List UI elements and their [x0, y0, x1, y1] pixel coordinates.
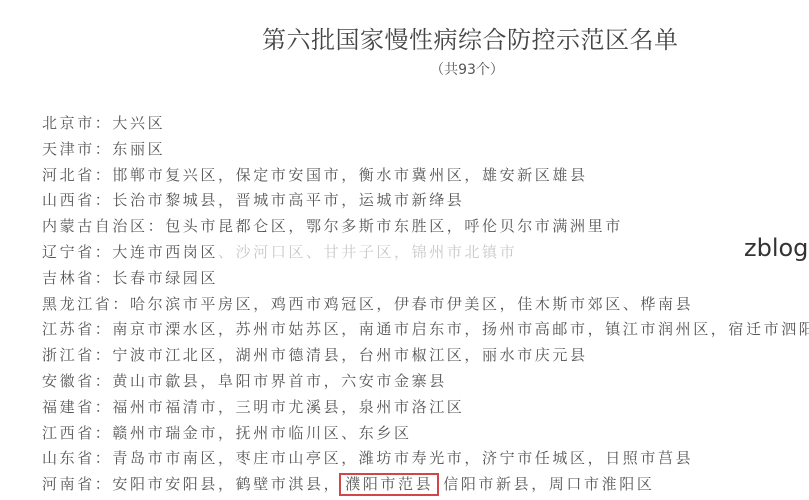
region-items: 南京市溧水区，苏州市姑苏区，南通市启东市，扬州市高邮市，镇江市润州区，宿迁市泗阳…	[112, 320, 809, 338]
region-items: 黄山市歙县，阜阳市界首市，六安市金寨县	[112, 372, 446, 390]
region-label: 山东省：	[42, 449, 112, 467]
list-item: 辽宁省：大连市西岗区、沙河口区、甘井子区，锦州市北镇市	[42, 240, 809, 266]
region-label: 福建省：	[42, 398, 112, 416]
region-items: 长治市黎城县，晋城市高平市，运城市新绛县	[112, 191, 464, 209]
highlighted-item: 濮阳市范县	[339, 473, 439, 496]
region-label: 北京市：	[42, 114, 112, 132]
region-items: 大兴区	[112, 114, 165, 132]
region-items: 赣州市瑞金市，抚州市临川区、东乡区	[112, 424, 411, 442]
region-items: 安阳市安阳县，鹤壁市淇县，	[112, 475, 341, 493]
region-label: 江西省：	[42, 424, 112, 442]
region-label: 浙江省：	[42, 346, 112, 364]
region-items: 长春市绿园区	[112, 269, 218, 287]
region-label: 安徽省：	[42, 372, 112, 390]
list-item: 黑龙江省：哈尔滨市平房区，鸡西市鸡冠区，伊春市伊美区，佳木斯市郊区、桦南县	[42, 292, 809, 318]
region-label: 内蒙古自治区：	[42, 217, 165, 235]
list-item: 山东省：青岛市市南区，枣庄市山亭区，潍坊市寿光市，济宁市任城区，日照市莒县	[42, 446, 809, 472]
list-item: 河南省：安阳市安阳县，鹤壁市淇县，濮阳市范县信阳市新县，周口市淮阳区	[42, 472, 809, 498]
region-label: 河南省：	[42, 475, 112, 493]
region-items: 信阳市新县，周口市淮阳区	[443, 475, 654, 493]
list-item: 安徽省：黄山市歙县，阜阳市界首市，六安市金寨县	[42, 369, 809, 395]
list-item: 江西省：赣州市瑞金市，抚州市临川区、东乡区	[42, 421, 809, 447]
region-label: 辽宁省：	[42, 243, 112, 261]
document-subtitle: （共93个）	[262, 59, 672, 79]
region-items: 青岛市市南区，枣庄市山亭区，潍坊市寿光市，济宁市任城区，日照市莒县	[112, 449, 693, 467]
document-title: 第六批国家慢性病综合防控示范区名单	[262, 20, 672, 55]
demonstration-zone-list: 北京市：大兴区 天津市：东丽区 河北省：邯郸市复兴区，保定市安国市，衡水市冀州区…	[42, 111, 809, 498]
region-items-faded: 、沙河口区、甘井子区，锦州市北镇市	[218, 243, 517, 261]
region-label: 黑龙江省：	[42, 295, 130, 313]
list-item: 福建省：福州市福清市，三明市尤溪县，泉州市洛江区	[42, 395, 809, 421]
region-items: 大连市西岗区	[112, 243, 218, 261]
region-items: 宁波市江北区，湖州市德清县，台州市椒江区，丽水市庆元县	[112, 346, 587, 364]
list-item: 山西省：长治市黎城县，晋城市高平市，运城市新绛县	[42, 188, 809, 214]
region-items: 哈尔滨市平房区，鸡西市鸡冠区，伊春市伊美区，佳木斯市郊区、桦南县	[130, 295, 693, 313]
list-item: 江苏省：南京市溧水区，苏州市姑苏区，南通市启东市，扬州市高邮市，镇江市润州区，宿…	[42, 317, 809, 343]
region-items: 包头市昆都仑区，鄂尔多斯市东胜区，呼伦贝尔市满洲里市	[165, 217, 623, 235]
list-item: 内蒙古自治区：包头市昆都仑区，鄂尔多斯市东胜区，呼伦贝尔市满洲里市	[42, 214, 809, 240]
region-items: 福州市福清市，三明市尤溪县，泉州市洛江区	[112, 398, 464, 416]
list-item: 河北省：邯郸市复兴区，保定市安国市，衡水市冀州区，雄安新区雄县	[42, 163, 809, 189]
watermark: zblog	[744, 234, 808, 262]
list-item: 吉林省：长春市绿园区	[42, 266, 809, 292]
region-label: 江苏省：	[42, 320, 112, 338]
region-label: 吉林省：	[42, 269, 112, 287]
list-item: 北京市：大兴区	[42, 111, 809, 137]
list-item: 天津市：东丽区	[42, 137, 809, 163]
region-items: 邯郸市复兴区，保定市安国市，衡水市冀州区，雄安新区雄县	[112, 166, 587, 184]
list-item: 浙江省：宁波市江北区，湖州市德清县，台州市椒江区，丽水市庆元县	[42, 343, 809, 369]
region-label: 天津市：	[42, 140, 112, 158]
region-label: 山西省：	[42, 191, 112, 209]
region-items: 东丽区	[112, 140, 165, 158]
region-label: 河北省：	[42, 166, 112, 184]
